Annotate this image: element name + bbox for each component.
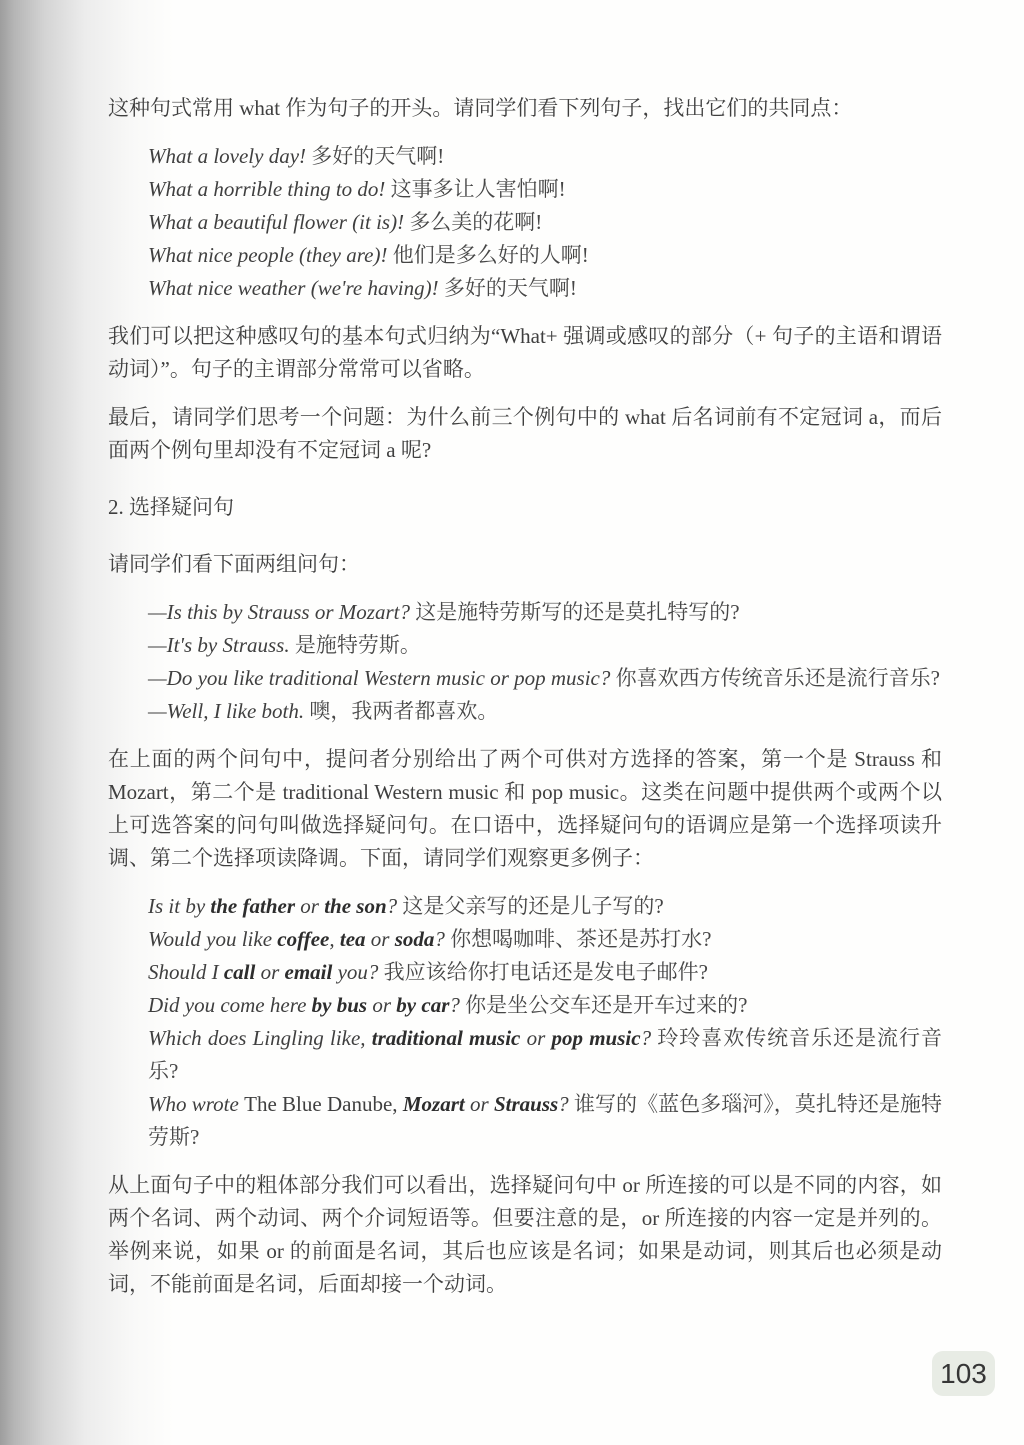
choice-example-line: Which does Lingling like, traditional mu…	[148, 1022, 942, 1088]
exclamation-example-line: What a horrible thing to do! 这事多让人害怕啊!	[148, 173, 942, 206]
chinese-translation-text: 这事多让人害怕啊!	[391, 177, 566, 201]
english-example-text: Which does Lingling like,	[148, 1026, 372, 1050]
paragraph-conclusion: 从上面句子中的粗体部分我们可以看出，选择疑问句中 or 所连接的可以是不同的内容…	[108, 1169, 942, 1301]
textbook-page: 这种句式常用 what 作为句子的开头。请同学们看下列句子，找出它们的共同点： …	[0, 0, 1024, 1445]
paragraph-intro: 这种句式常用 what 作为句子的开头。请同学们看下列句子，找出它们的共同点：	[108, 92, 942, 125]
chinese-translation-text: 是施特劳斯。	[295, 633, 421, 657]
exclamation-examples-block: What a lovely day! 多好的天气啊! What a horrib…	[108, 140, 942, 305]
english-example-text: Strauss	[494, 1092, 558, 1116]
english-example-text: ?	[449, 993, 465, 1017]
english-example-text: ?	[558, 1092, 574, 1116]
english-example-text: ?	[387, 894, 403, 918]
choice-example-line: Who wrote The Blue Danube, Mozart or Str…	[148, 1088, 942, 1154]
dialogue-line: —Is this by Strauss or Mozart? 这是施特劳斯写的还…	[148, 596, 942, 629]
english-example-text: What a horrible thing to do!	[148, 177, 391, 201]
paragraph-pattern-summary: 我们可以把这种感叹句的基本句式归纳为“What+ 强调或感叹的部分（+ 句子的主…	[108, 320, 942, 386]
chinese-translation-text: 你是坐公交车还是开车过来的?	[465, 993, 747, 1017]
paragraph-analysis: 在上面的两个问句中，提问者分别给出了两个可供对方选择的答案，第一个是 Strau…	[108, 743, 942, 875]
dialogue-line: —Do you like traditional Western music o…	[148, 662, 942, 695]
english-example-text: Mozart	[403, 1092, 465, 1116]
english-example-text: Who wrote	[148, 1092, 244, 1116]
english-example-text: ?	[641, 1026, 658, 1050]
choice-example-line: Would you like coffee, tea or soda? 你想喝咖…	[148, 923, 942, 956]
paragraph-final-question: 最后，请同学们思考一个问题：为什么前三个例句中的 what 后名词前有不定冠词 …	[108, 401, 942, 467]
page-number-badge: 103	[932, 1351, 995, 1396]
english-example-text: Did you come here	[148, 993, 312, 1017]
english-example-text: Would you like	[148, 927, 277, 951]
chinese-translation-text: 我应该给你打电话还是发电子邮件?	[384, 960, 708, 984]
chinese-translation-text: 这是施特劳斯写的还是莫扎特写的?	[415, 600, 739, 624]
chinese-translation-text: 你想喝咖啡、茶还是苏打水?	[450, 927, 711, 951]
chinese-translation-text: 多好的天气啊!	[444, 276, 577, 300]
english-example-text: ,	[329, 927, 340, 951]
english-example-text: What nice weather (we're having)!	[148, 276, 444, 300]
english-example-text: or	[295, 894, 324, 918]
english-example-text: the father	[210, 894, 295, 918]
english-example-text: call	[224, 960, 256, 984]
english-example-text: or	[465, 1092, 494, 1116]
choice-example-line: Should I call or email you? 我应该给你打电话还是发电…	[148, 956, 942, 989]
english-example-text: or	[366, 927, 395, 951]
english-example-text: The Blue Danube,	[244, 1092, 403, 1116]
english-example-text: tea	[340, 927, 366, 951]
chinese-translation-text: 多么美的花啊!	[409, 210, 542, 234]
page-number: 103	[940, 1358, 987, 1390]
exclamation-example-line: What nice people (they are)! 他们是多么好的人啊!	[148, 239, 942, 272]
english-example-text: or	[520, 1026, 551, 1050]
english-example-text: —Well, I like both.	[148, 699, 309, 723]
dialogue-line: —Well, I like both. 噢，我两者都喜欢。	[148, 695, 942, 728]
english-example-text: —It's by Strauss.	[148, 633, 295, 657]
english-example-text: coffee	[277, 927, 329, 951]
choice-examples-block: Is it by the father or the son? 这是父亲写的还是…	[108, 890, 942, 1154]
chinese-translation-text: 噢，我两者都喜欢。	[309, 699, 498, 723]
exclamation-example-line: What a lovely day! 多好的天气啊!	[148, 140, 942, 173]
chinese-translation-text: 他们是多么好的人啊!	[393, 243, 589, 267]
exclamation-example-line: What nice weather (we're having)! 多好的天气啊…	[148, 272, 942, 305]
english-example-text: Should I	[148, 960, 224, 984]
english-example-text: What nice people (they are)!	[148, 243, 393, 267]
english-example-text: soda	[395, 927, 435, 951]
exclamation-example-line: What a beautiful flower (it is)! 多么美的花啊!	[148, 206, 942, 239]
english-example-text: by car	[396, 993, 449, 1017]
english-example-text: What a lovely day!	[148, 144, 311, 168]
choice-example-line: Did you come here by bus or by car? 你是坐公…	[148, 989, 942, 1022]
english-example-text: —Is this by Strauss or Mozart?	[148, 600, 415, 624]
english-example-text: email	[285, 960, 333, 984]
dialogue-line: —It's by Strauss. 是施特劳斯。	[148, 629, 942, 662]
paragraph-section2-intro: 请同学们看下面两组问句：	[108, 548, 942, 581]
page-content: 这种句式常用 what 作为句子的开头。请同学们看下列句子，找出它们的共同点： …	[108, 92, 942, 1316]
english-example-text: or	[255, 960, 284, 984]
section-heading: 2. 选择疑问句	[108, 491, 942, 524]
choice-example-line: Is it by the father or the son? 这是父亲写的还是…	[148, 890, 942, 923]
chinese-translation-text: 你喜欢西方传统音乐还是流行音乐?	[616, 666, 940, 690]
english-example-text: Is it by	[148, 894, 210, 918]
dialogue-examples-block: —Is this by Strauss or Mozart? 这是施特劳斯写的还…	[108, 596, 942, 728]
english-example-text: traditional music	[372, 1026, 521, 1050]
english-example-text: the son	[324, 894, 386, 918]
chinese-translation-text: 多好的天气啊!	[311, 144, 444, 168]
english-example-text: What a beautiful flower (it is)!	[148, 210, 409, 234]
english-example-text: you?	[332, 960, 383, 984]
english-example-text: pop music	[552, 1026, 641, 1050]
chinese-translation-text: 这是父亲写的还是儿子写的?	[402, 894, 663, 918]
english-example-text: ?	[434, 927, 450, 951]
english-example-text: by bus	[312, 993, 367, 1017]
english-example-text: or	[367, 993, 396, 1017]
english-example-text: —Do you like traditional Western music o…	[148, 666, 616, 690]
